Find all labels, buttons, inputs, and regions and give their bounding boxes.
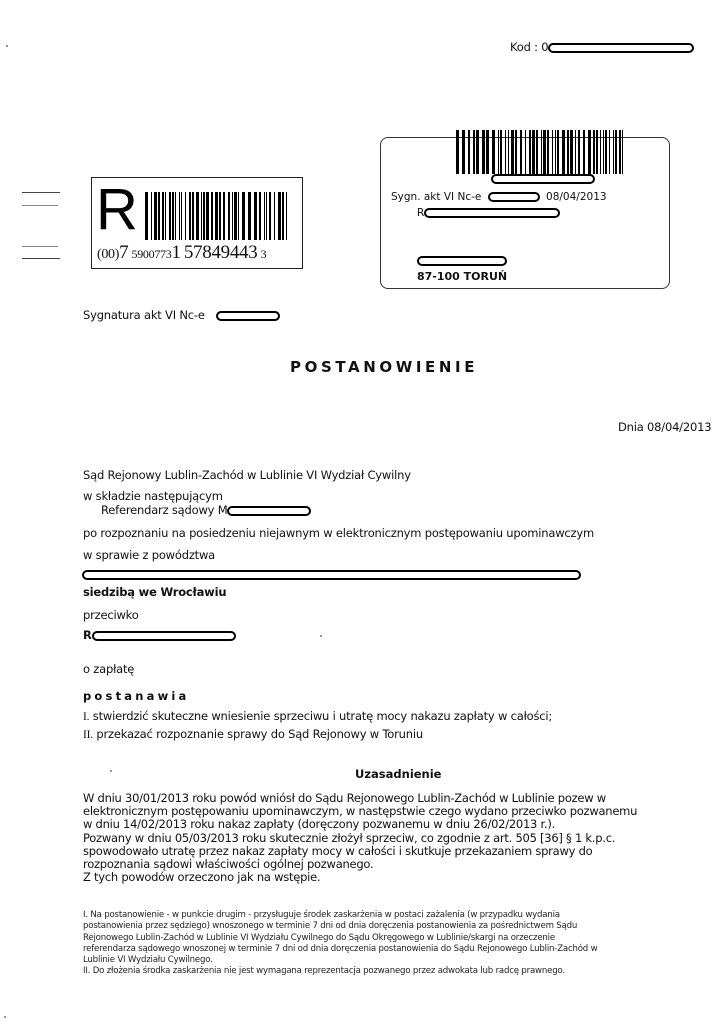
procedure-line: po rozpoznaniu na posiedzeniu niejawnym … (83, 526, 594, 540)
plaintiff-seat: siedzibą we Wrocławiu (83, 585, 226, 599)
against-label: przeciwko (83, 608, 139, 622)
justification-line: Z tych powodów orzeczono jak na wstępie. (83, 871, 723, 884)
redaction (488, 192, 540, 202)
margin-mark (22, 258, 60, 259)
registered-mail-label: R (00)7 59007731 57849443 3 (91, 177, 303, 269)
redaction (548, 43, 694, 53)
barcode (145, 192, 289, 240)
claim-from: w sprawie z powództwa (83, 548, 215, 562)
defendant-name: R (83, 628, 236, 642)
ruling-1: I. stwierdzić skuteczne wniesienie sprze… (83, 709, 552, 723)
instruction-line: postanowienia przez sędziego) wnoszonego… (83, 921, 723, 932)
instruction-line: I. Na postanowienie - w punkcie drugim -… (83, 910, 723, 921)
referendary: Referendarz sądowy M (101, 503, 311, 517)
margin-mark (22, 246, 58, 247)
justification-line: w dniu 14/02/2013 roku nakaz zapłaty (do… (83, 818, 723, 831)
redaction (92, 631, 236, 641)
instruction-line: II. Do złożenia środka zaskarżenia nie j… (83, 966, 723, 977)
subject: o zapłatę (83, 662, 134, 676)
appeal-instructions: I. Na postanowienie - w punkcie drugim -… (83, 910, 723, 978)
document-title: POSTANOWIENIE (290, 358, 478, 376)
redaction (491, 174, 595, 184)
scan-speck (6, 45, 8, 47)
address-case-number: Sygn. akt VI Nc-e 08/04/2013 (391, 191, 607, 203)
barcode-number: (00)7 59007731 57849443 3 (97, 242, 266, 264)
redaction (417, 256, 507, 266)
recipient-city: 87-100 TORUŃ (417, 270, 507, 283)
instruction-line: referendarza sądowego wnoszonej w termin… (83, 944, 723, 955)
justification-title: Uzasadnienie (355, 767, 442, 781)
composition: w składzie następującym (83, 489, 223, 503)
redaction (216, 311, 280, 321)
justification-line: Pozwany w dniu 05/03/2013 roku skuteczni… (83, 832, 723, 845)
instruction-line: Rejonowego Lublin-Zachód w Lublinie VI W… (83, 933, 723, 944)
scan-speck (110, 770, 112, 772)
margin-mark (22, 192, 60, 193)
margin-mark (22, 205, 58, 206)
decides-heading: postanawia (83, 689, 190, 703)
instruction-line: Lublinie VI Wydziału Cywilnego. (83, 955, 723, 966)
justification-body: W dniu 30/01/2013 roku powód wniósł do S… (83, 792, 723, 884)
document-date: Dnia 08/04/2013 (618, 420, 711, 434)
redaction (424, 208, 560, 218)
kod-label: Kod : 0 (510, 40, 548, 54)
redaction (82, 570, 581, 580)
registered-letter: R (96, 180, 138, 240)
ruling-2: II. przekazać rozpoznanie sprawy do Sąd … (83, 727, 423, 741)
address-window: Sygn. akt VI Nc-e 08/04/2013 R 87-100 TO… (380, 137, 670, 289)
scan-speck (4, 1016, 6, 1018)
recipient-name: R (417, 207, 560, 219)
case-signature: Sygnatura akt VI Nc-e (83, 308, 280, 322)
kod-field: Kod : 0 (510, 40, 694, 54)
scan-speck (320, 635, 322, 637)
redaction (227, 506, 311, 516)
barcode (456, 130, 626, 174)
court-name: Sąd Rejonowy Lublin-Zachód w Lublinie VI… (83, 468, 411, 482)
